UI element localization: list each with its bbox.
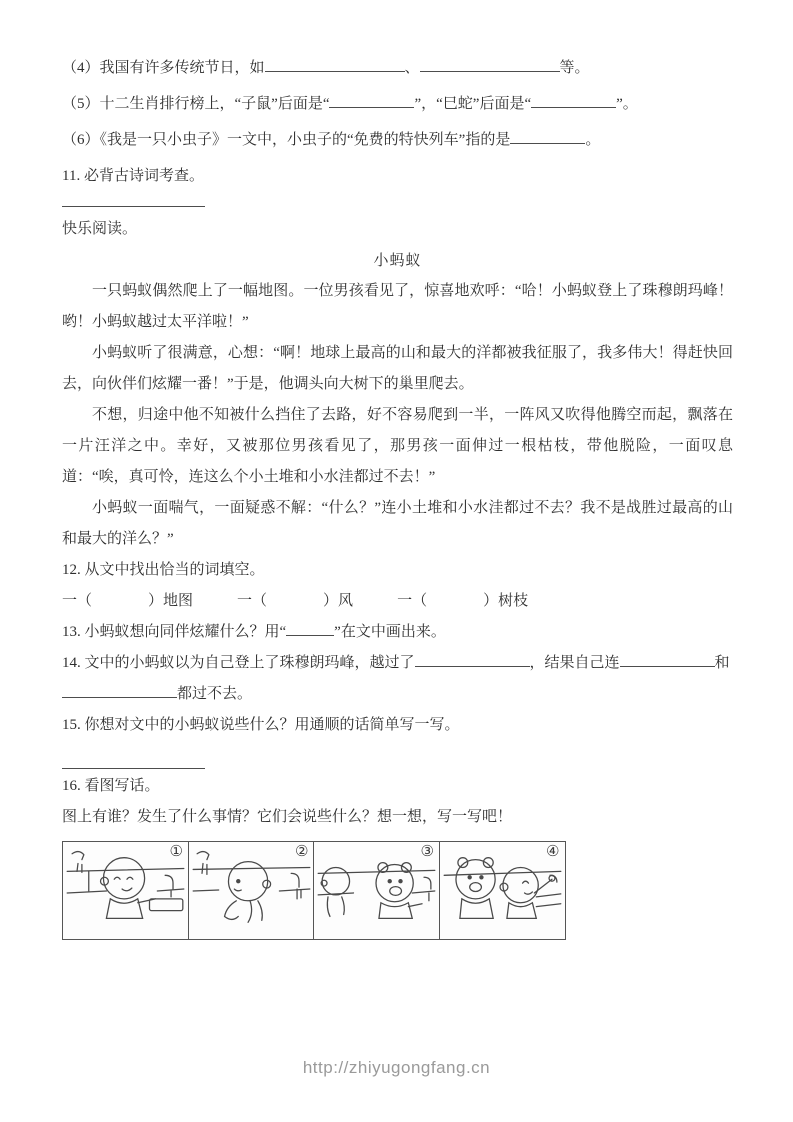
question-12: 12. 从文中找出恰当的词填空。 [62, 555, 733, 586]
comic-strip: ① [62, 841, 570, 940]
panel-2-number: ② [295, 844, 308, 859]
question-5: （5）十二生肖排行榜上，“子鼠”后面是“”，“巳蛇”后面是“”。 [62, 86, 733, 122]
answer-blank[interactable] [415, 654, 530, 667]
question-15-answer-line [62, 741, 733, 771]
comic-panel-1: ① [62, 841, 189, 940]
question-15: 15. 你想对文中的小蚂蚁说些什么？用通顺的话简单写一写。 [62, 710, 733, 741]
comic-panel-2: ② [188, 841, 315, 940]
question-11-text: 11. 必背古诗词考查。 [62, 168, 204, 184]
panel-4-number: ④ [546, 844, 559, 859]
comic-panel-4: ④ [439, 841, 566, 940]
question-4-separator: 、 [405, 60, 420, 76]
fill-item-text: 一（ [237, 593, 267, 609]
reading-paragraph: 不想，归途中他不知被什么挡住了去路，好不容易爬到一半，一阵风又吹得他腾空而起，飘… [62, 400, 733, 493]
answer-blank[interactable] [620, 654, 715, 667]
reading-paragraph: 小蚂蚁一面喘气，一面疑惑不解：“什么？”连小土堆和小水洼都过不去？我不是战胜过最… [62, 493, 733, 555]
answer-blank[interactable] [531, 95, 616, 108]
fill-item-text: ）地图 [148, 593, 193, 609]
fill-item-text: ）风 [323, 593, 353, 609]
question-16-text: 16. 看图写话。 [62, 778, 160, 794]
question-14-line1: 14. 文中的小蚂蚁以为自己登上了珠穆朗玛峰，越过了，结果自己连和 [62, 648, 733, 679]
question-12-text: 12. 从文中找出恰当的词填空。 [62, 562, 265, 578]
reading-title: 小蚂蚁 [62, 246, 733, 276]
question-6-suffix: 。 [585, 132, 600, 148]
watermark-url: http://zhiyugongfang.cn [0, 1058, 793, 1078]
question-6: （6）《我是一只小虫子》一文中，小虫子的“免费的特快列车”指的是。 [62, 122, 733, 158]
worksheet-page: （4）我国有许多传统节日，如、等。 （5）十二生肖排行榜上，“子鼠”后面是“”，… [0, 0, 793, 1122]
fill-item-text: 一（ [62, 593, 92, 609]
question-6-text: （6）《我是一只小虫子》一文中，小虫子的“免费的特快列车”指的是 [62, 132, 510, 148]
question-14-mid: ，结果自己连 [530, 655, 620, 671]
fill-item-text: ）树枝 [483, 593, 528, 609]
question-5-mid: ”，“巳蛇”后面是“ [414, 96, 531, 112]
panel-1-number: ① [170, 844, 183, 859]
question-13-suffix: ”在文中画出来。 [334, 624, 446, 640]
question-11-answer-line [62, 194, 733, 212]
comic-panel-3: ③ [313, 841, 440, 940]
answer-blank[interactable] [62, 194, 205, 207]
question-12-fill-line: 一（）地图一（）风一（）树枝 [62, 586, 733, 617]
answer-blank[interactable] [265, 59, 405, 72]
answer-blank[interactable] [62, 756, 205, 769]
question-13: 13. 小蚂蚁想向同伴炫耀什么？用“”在文中画出来。 [62, 617, 733, 648]
question-14-suffix: 都过不去。 [177, 686, 252, 702]
question-16-prompt: 图上有谁？发生了什么事情？它们会说些什么？想一想，写一写吧！ [62, 802, 733, 833]
question-16: 16. 看图写话。 [62, 771, 733, 802]
worksheet-content: （4）我国有许多传统节日，如、等。 （5）十二生肖排行榜上，“子鼠”后面是“”，… [0, 0, 793, 940]
question-14-text: 14. 文中的小蚂蚁以为自己登上了珠穆朗玛峰，越过了 [62, 655, 415, 671]
answer-blank[interactable] [329, 95, 414, 108]
question-14-line2: 都过不去。 [62, 679, 733, 710]
question-4: （4）我国有许多传统节日，如、等。 [62, 50, 733, 86]
question-13-text: 13. 小蚂蚁想向同伴炫耀什么？用“ [62, 624, 286, 640]
answer-blank[interactable] [420, 59, 560, 72]
question-4-text: （4）我国有许多传统节日，如 [62, 60, 265, 76]
question-5-suffix: ”。 [616, 96, 638, 112]
fill-item-text: 一（ [397, 593, 427, 609]
question-11: 11. 必背古诗词考查。 [62, 158, 733, 194]
question-5-text: （5）十二生肖排行榜上，“子鼠”后面是“ [62, 96, 329, 112]
reading-paragraph: 小蚂蚁听了很满意，心想：“啊！地球上最高的山和最大的洋都被我征服了，我多伟大！得… [62, 338, 733, 400]
question-4-suffix: 等。 [560, 60, 590, 76]
question-14-tail: 和 [715, 655, 730, 671]
answer-blank[interactable] [286, 623, 334, 636]
answer-blank[interactable] [62, 685, 177, 698]
reading-section-label: 快乐阅读。 [62, 212, 733, 246]
reading-paragraph: 一只蚂蚁偶然爬上了一幅地图。一位男孩看见了，惊喜地欢呼：“哈！小蚂蚁登上了珠穆朗… [62, 276, 733, 338]
answer-blank[interactable] [510, 131, 585, 144]
panel-3-number: ③ [421, 844, 434, 859]
question-15-text: 15. 你想对文中的小蚂蚁说些什么？用通顺的话简单写一写。 [62, 717, 460, 733]
